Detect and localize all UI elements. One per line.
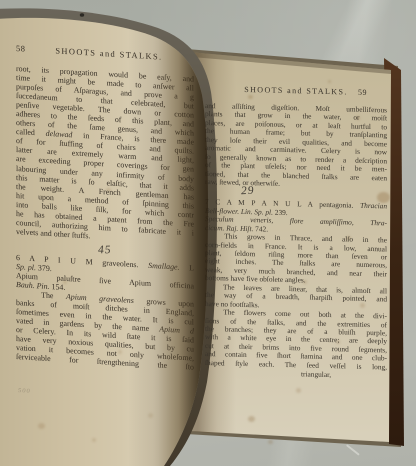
italic-text: Smallage. (148, 261, 179, 272)
handwritten-number-left: 45 (98, 244, 139, 257)
left-section: 6 A P I U M graveolens. Smallage. LSp. p… (16, 253, 194, 372)
foxing-spot (248, 416, 255, 422)
right-paragraph: and aſſiſting digeſtion. Moſt umbellifer… (205, 102, 387, 191)
handwritten-number-right: 29 (241, 184, 282, 199)
foxing-spot (296, 388, 301, 393)
foxing-spot (38, 423, 45, 429)
right-page-number: 59 (358, 88, 367, 97)
foxing-spot (92, 438, 96, 442)
foxing-spot (268, 440, 273, 444)
book-photo: 58 SHOOTS and STALKS. root, its propagat… (0, 0, 416, 466)
right-section: 7 C A M P A N U L A pentagonia. Thracian… (205, 198, 387, 371)
right-running-title: SHOOTS and STALKS. (244, 85, 347, 97)
left-page: 58 SHOOTS and STALKS. root, its propagat… (16, 44, 194, 405)
right-page: SHOOTS and STALKS. 59 and aſſiſting dige… (205, 84, 387, 381)
foxing-spot (328, 80, 331, 83)
roman-text: L (180, 263, 195, 273)
foxing-spot (148, 413, 153, 418)
page-edge-hole (80, 13, 84, 17)
left-page-number: 58 (16, 44, 25, 54)
left-paragraph: root, its propagation would be eaſy, and… (16, 64, 194, 246)
italic-text: Thracian (360, 201, 387, 211)
